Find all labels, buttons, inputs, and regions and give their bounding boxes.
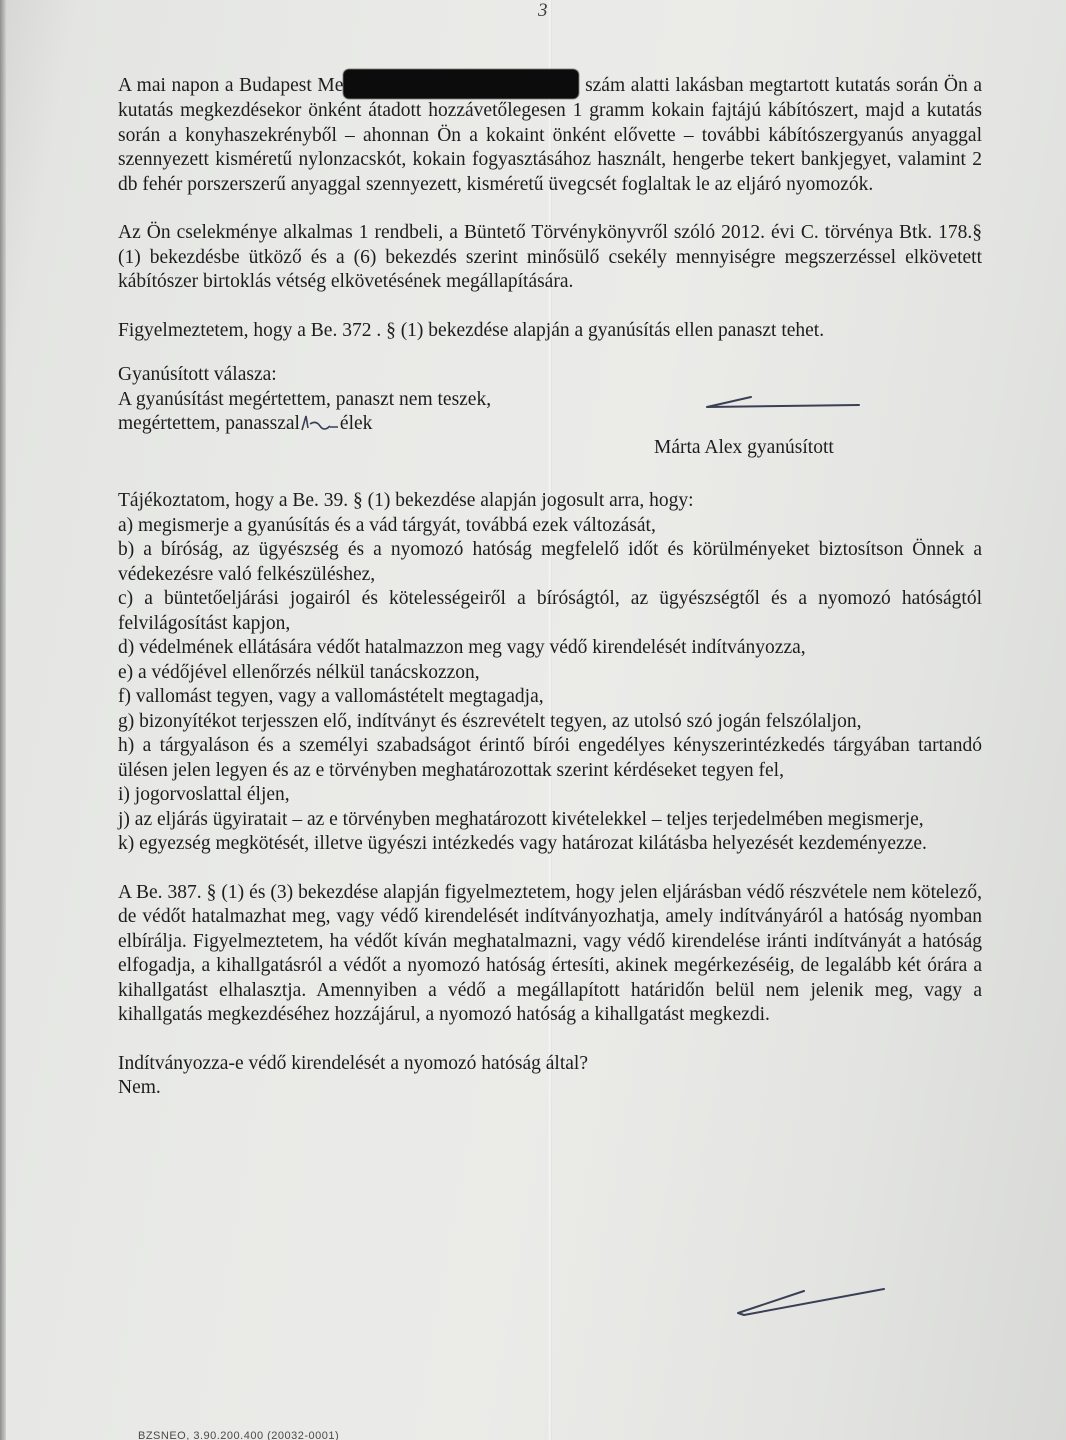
- redaction-block: [343, 69, 579, 99]
- charge-paragraph: Az Ön cselekménye alkalmas 1 rendbeli, a…: [118, 221, 982, 295]
- answer-line-2: megértettem, panasszalélek: [118, 412, 982, 437]
- rights-list: Tájékoztatom, hogy a Be. 39. § (1) bekez…: [118, 489, 982, 857]
- rights-item: c) a büntetőeljárási jogairól és köteles…: [118, 587, 982, 636]
- complaint-notice: Figyelmeztetem, hogy a Be. 372 . § (1) b…: [118, 319, 982, 344]
- signature-icon: [732, 1283, 892, 1319]
- strikeout-scribble-icon: [300, 414, 340, 432]
- rights-item: e) a védőjével ellenőrzés nélkül tanácsk…: [118, 661, 982, 686]
- page-number: 3: [538, 0, 548, 22]
- suspect-answer: Gyanúsított válasza: A gyanúsítást megér…: [118, 363, 982, 461]
- answer-line-2-end: élek: [340, 413, 372, 434]
- rights-item: j) az eljárás ügyiratait – az e törvényb…: [118, 808, 982, 833]
- rights-item: d) védelmének ellátására védőt hatalmazz…: [118, 636, 982, 661]
- defense-paragraph: A Be. 387. § (1) és (3) bekezdése alapjá…: [118, 881, 982, 1028]
- rights-item: i) jogorvoslattal éljen,: [118, 783, 982, 808]
- answer-heading: Gyanúsított válasza:: [118, 363, 982, 388]
- form-code: BZSNEO, 3.90.200.400 (20032-0001): [138, 1430, 339, 1440]
- defense-question: Indítványozza-e védő kirendelését a nyom…: [118, 1052, 982, 1101]
- rights-intro: Tájékoztatom, hogy a Be. 39. § (1) bekez…: [118, 489, 982, 514]
- rights-item: f) vallomást tegyen, vagy a vallomástéte…: [118, 685, 982, 710]
- rights-item: h) a tárgyaláson és a személyi szabadság…: [118, 734, 982, 783]
- signature-icon: [703, 393, 863, 413]
- question-answer: Nem.: [118, 1076, 982, 1101]
- rights-item: a) megismerje a gyanúsítás és a vád tárg…: [118, 514, 982, 539]
- answer-line-2-start: megértettem, panasszal: [118, 413, 300, 434]
- question-text: Indítványozza-e védő kirendelését a nyom…: [118, 1052, 982, 1077]
- rights-item: b) a bíróság, az ügyészség és a nyomozó …: [118, 538, 982, 587]
- suspect-signatory: Márta Alex gyanúsított: [654, 437, 834, 459]
- search-paragraph: A mai napon a Budapest Me szám alatti la…: [118, 74, 982, 197]
- document-body: A mai napon a Budapest Me szám alatti la…: [118, 74, 982, 1101]
- rights-item: k) egyezség megkötését, illetve ügyészi …: [118, 832, 982, 857]
- search-paragraph-line1-end: szám alatti lakásban megtartott kutatás …: [585, 75, 968, 96]
- paper-edge: [0, 0, 6, 1440]
- rights-item: g) bizonyítékot terjesszen elő, indítván…: [118, 710, 982, 735]
- search-paragraph-start: A mai napon a Budapest Me: [118, 75, 343, 96]
